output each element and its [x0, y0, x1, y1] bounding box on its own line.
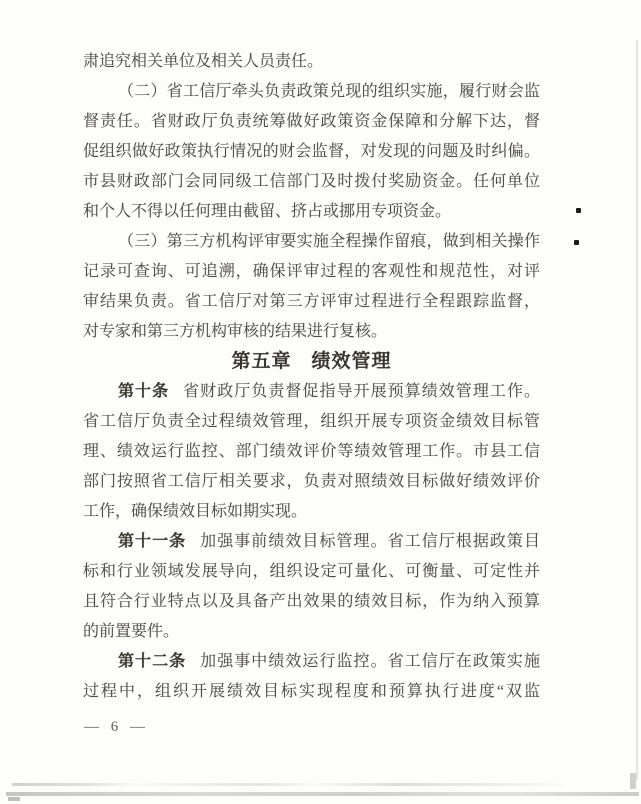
- text-line: 标和行业领域发展导向，组织设定可量化、可衡量、可定性并: [83, 557, 540, 587]
- text-line: 记录可查询、可追溯，确保评审过程的客观性和规范性，对评: [83, 257, 540, 287]
- text-line: 促组织做好政策执行情况的财会监督，对发现的问题及时纠偏。: [83, 137, 540, 167]
- text-line: 理、绩效运行监控、部门绩效评价等绩效管理工作。市县工信: [83, 437, 540, 467]
- article-number: 第十条: [118, 383, 169, 400]
- scanned-document-page: 肃追究相关单位及相关人员责任。 （二）省工信厅牵头负责政策兑现的组织实施，履行财…: [0, 0, 641, 804]
- scan-streak-artifact: [6, 792, 639, 796]
- text-line: （三）第三方机构评审要实施全程操作留痕，做到相关操作: [83, 227, 540, 257]
- article-text: 省财政厅负责督促指导开展预算绩效管理工作。: [183, 383, 540, 400]
- article-number: 第十二条: [118, 653, 186, 670]
- page-number: — 6 —: [84, 717, 149, 737]
- text-line: 的前置要件。: [83, 617, 540, 647]
- article-text: 加强事中绩效运行监控。省工信厅在政策实施: [200, 653, 540, 670]
- scan-streak-artifact: [12, 783, 562, 786]
- text-line: 部门按照省工信厅相关要求，负责对照绩效目标做好绩效评价: [83, 467, 540, 497]
- text-line: 第十一条加强事前绩效目标管理。省工信厅根据政策目: [83, 527, 540, 557]
- text-line: （二）省工信厅牵头负责政策兑现的组织实施，履行财会监: [83, 77, 540, 107]
- scan-dot-artifact: [574, 240, 579, 245]
- text-line: 且符合行业特点以及具备产出效果的绩效目标，作为纳入预算: [83, 587, 540, 617]
- text-line: 和个人不得以任何理由截留、挤占或挪用专项资金。: [83, 197, 540, 227]
- text-line: 过程中，组织开展绩效目标实现程度和预算执行进度“双监: [83, 677, 540, 707]
- chapter-heading: 第五章 绩效管理: [83, 347, 540, 377]
- text-line: 督责任。省财政厅负责统筹做好政策资金保障和分解下达，督: [83, 107, 540, 137]
- text-line: 第十二条加强事中绩效运行监控。省工信厅在政策实施: [83, 647, 540, 677]
- article-number: 第十一条: [118, 533, 186, 550]
- scan-corner-artifact: [630, 773, 636, 789]
- text-line: 工作，确保绩效目标如期实现。: [83, 497, 540, 527]
- text-line: 第十条省财政厅负责督促指导开展预算绩效管理工作。: [83, 377, 540, 407]
- text-line: 肃追究相关单位及相关人员责任。: [83, 47, 540, 77]
- text-line: 市县财政部门会同同级工信部门及时拨付奖励资金。任何单位: [83, 167, 540, 197]
- text-line: 审结果负责。省工信厅对第三方评审过程进行全程跟踪监督，: [83, 287, 540, 317]
- scan-corner-artifact: [8, 797, 20, 801]
- scan-fold-line-artifact: [636, 40, 638, 780]
- scan-dot-artifact: [576, 208, 581, 213]
- document-body: 肃追究相关单位及相关人员责任。 （二）省工信厅牵头负责政策兑现的组织实施，履行财…: [83, 47, 540, 707]
- article-text: 加强事前绩效目标管理。省工信厅根据政策目: [200, 533, 540, 550]
- text-line: 省工信厅负责全过程绩效管理，组织开展专项资金绩效目标管: [83, 407, 540, 437]
- text-line: 对专家和第三方机构审核的结果进行复核。: [83, 317, 540, 347]
